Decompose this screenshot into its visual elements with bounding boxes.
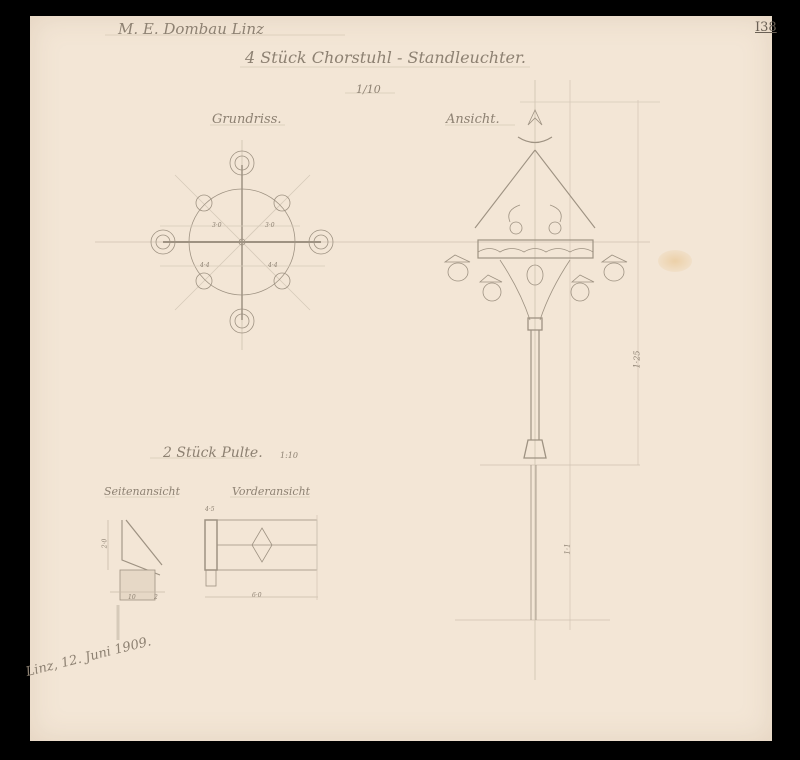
- plan-label: Grundriss.: [212, 112, 282, 127]
- main-scale: 1/10: [356, 83, 381, 96]
- plan-dim-3: 4·4: [200, 262, 210, 269]
- desk-side-view: [108, 520, 165, 640]
- catalog-number: I38: [755, 20, 777, 35]
- front-dim-1: 4·5: [205, 506, 215, 513]
- elevation-height-dim: 1·25: [632, 351, 641, 369]
- front-view-label: Vorderansicht: [232, 485, 310, 498]
- desks-scale: 1:10: [280, 451, 298, 460]
- plan-view: [95, 140, 650, 350]
- plan-dim-1: 3·0: [212, 222, 222, 229]
- side-dim-3: 2: [154, 594, 158, 601]
- plan-dim-4: 4·4: [268, 262, 278, 269]
- desk-front-view: [205, 515, 318, 600]
- side-dim-2: 10: [128, 594, 136, 601]
- candelabrum-elevation: [445, 80, 660, 680]
- front-dim-2: 6·0: [252, 592, 262, 599]
- desks-title: 2 Stück Pulte.: [163, 445, 263, 461]
- side-view-label: Seitenansicht: [104, 485, 180, 498]
- elevation-lower-dim: 1·1: [564, 543, 572, 554]
- elevation-label: Ansicht.: [446, 112, 500, 127]
- side-dim-1: 2·0: [101, 539, 108, 549]
- sheet-title: 4 Stück Chorstuhl - Standleuchter.: [245, 48, 526, 67]
- header-line: M. E. Dombau Linz: [118, 20, 264, 38]
- plan-dim-2: 3·0: [265, 222, 275, 229]
